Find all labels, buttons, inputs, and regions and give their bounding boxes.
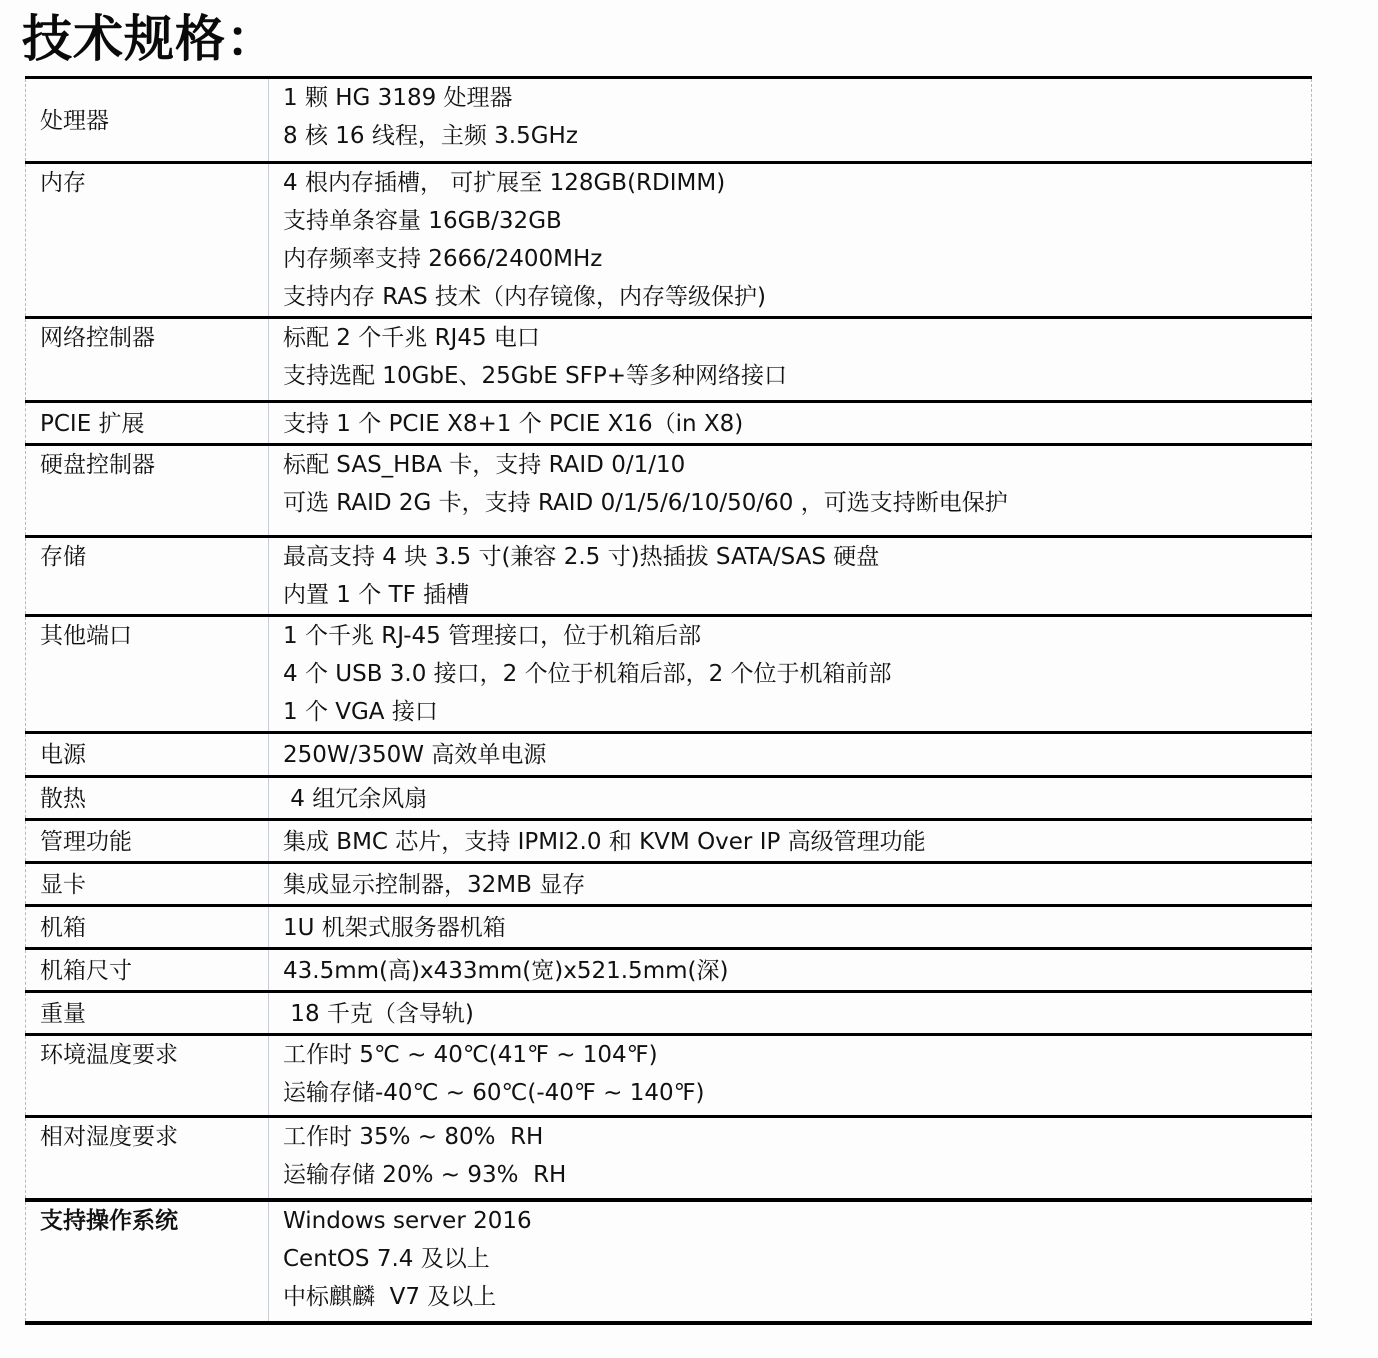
spec-label-text: 存储 xyxy=(40,538,268,576)
spec-label: 硬盘控制器 xyxy=(26,445,269,537)
spec-label-text: 支持操作系统 xyxy=(40,1202,268,1240)
spec-row-management: 管理功能 集成 BMC 芯片，支持 IPMI2.0 和 KVM Over IP … xyxy=(26,820,1312,863)
spec-row-weight: 重量 18 千克（含导轨) xyxy=(26,992,1312,1035)
spec-value-line: 4 组冗余风扇 xyxy=(283,780,1311,818)
spec-value: 43.5mm(高)x433mm(宽)x521.5mm(深) xyxy=(269,949,1312,992)
spec-value-line: 标配 SAS_HBA 卡，支持 RAID 0/1/10 xyxy=(283,446,1311,484)
spec-label-text: 网络控制器 xyxy=(40,319,268,357)
spec-row-chassis: 机箱 1U 机架式服务器机箱 xyxy=(26,906,1312,949)
spec-row-disk-controller: 硬盘控制器 标配 SAS_HBA 卡，支持 RAID 0/1/10 可选 RAI… xyxy=(26,445,1312,537)
spec-value-line: 4 根内存插槽， 可扩展至 128GB(RDIMM) xyxy=(283,164,1311,202)
spec-value: 1 个千兆 RJ-45 管理接口，位于机箱后部 4 个 USB 3.0 接口，2… xyxy=(269,616,1312,733)
spec-value-line: 内存频率支持 2666/2400MHz xyxy=(283,240,1311,278)
spec-label-text: PCIE 扩展 xyxy=(40,405,268,443)
spec-label-text: 显卡 xyxy=(40,866,268,904)
spec-row-humidity: 相对湿度要求 工作时 35% ~ 80% RH 运输存储 20% ~ 93% R… xyxy=(26,1117,1312,1200)
spec-label-text: 散热 xyxy=(40,780,268,818)
spec-row-dimensions: 机箱尺寸 43.5mm(高)x433mm(宽)x521.5mm(深) xyxy=(26,949,1312,992)
spec-value: 最高支持 4 块 3.5 寸(兼容 2.5 寸)热插拔 SATA/SAS 硬盘 … xyxy=(269,537,1312,616)
spec-value-line: 工作时 35% ~ 80% RH xyxy=(283,1118,1311,1156)
spec-label: 电源 xyxy=(26,733,269,777)
spec-value-line: 集成 BMC 芯片，支持 IPMI2.0 和 KVM Over IP 高级管理功… xyxy=(283,823,1311,861)
spec-label: 相对湿度要求 xyxy=(26,1117,269,1200)
spec-value-line: 1U 机架式服务器机箱 xyxy=(283,909,1311,947)
spec-label-text: 内存 xyxy=(40,164,268,202)
spec-value-line: 可选 RAID 2G 卡，支持 RAID 0/1/5/6/10/50/60 ，可… xyxy=(283,484,1311,522)
spec-value-line: 内置 1 个 TF 插槽 xyxy=(283,576,1311,614)
spec-row-power: 电源 250W/350W 高效单电源 xyxy=(26,733,1312,777)
spec-value: 标配 SAS_HBA 卡，支持 RAID 0/1/10 可选 RAID 2G 卡… xyxy=(269,445,1312,537)
spec-label: 存储 xyxy=(26,537,269,616)
spec-value-line: 8 核 16 线程，主频 3.5GHz xyxy=(283,117,1311,155)
spec-value: 工作时 5℃ ~ 40℃(41℉ ~ 104℉) 运输存储-40℃ ~ 60℃(… xyxy=(269,1035,1312,1117)
spec-label-text: 机箱 xyxy=(40,909,268,947)
spec-label: 处理器 xyxy=(26,78,269,163)
spec-value: 4 组冗余风扇 xyxy=(269,777,1312,820)
spec-label-text: 相对湿度要求 xyxy=(40,1118,268,1156)
spec-row-cooling: 散热 4 组冗余风扇 xyxy=(26,777,1312,820)
spec-value-line: 支持内存 RAS 技术（内存镜像，内存等级保护) xyxy=(283,278,1311,316)
spec-label: 管理功能 xyxy=(26,820,269,863)
spec-row-os: 支持操作系统 Windows server 2016 CentOS 7.4 及以… xyxy=(26,1200,1312,1323)
spec-label-text: 机箱尺寸 xyxy=(40,952,268,990)
spec-row-other-ports: 其他端口 1 个千兆 RJ-45 管理接口，位于机箱后部 4 个 USB 3.0… xyxy=(26,616,1312,733)
spec-value: 250W/350W 高效单电源 xyxy=(269,733,1312,777)
spec-value: 4 根内存插槽， 可扩展至 128GB(RDIMM) 支持单条容量 16GB/3… xyxy=(269,163,1312,318)
spec-label: 机箱 xyxy=(26,906,269,949)
spec-value-line: 43.5mm(高)x433mm(宽)x521.5mm(深) xyxy=(283,952,1311,990)
spec-label: 显卡 xyxy=(26,863,269,906)
spec-value-line: CentOS 7.4 及以上 xyxy=(283,1240,1311,1278)
spec-label-text: 管理功能 xyxy=(40,823,268,861)
spec-value-line: 支持 1 个 PCIE X8+1 个 PCIE X16（in X8) xyxy=(283,405,1311,443)
spec-value: 集成 BMC 芯片，支持 IPMI2.0 和 KVM Over IP 高级管理功… xyxy=(269,820,1312,863)
spec-value-line: 集成显示控制器，32MB 显存 xyxy=(283,866,1311,904)
spec-value: Windows server 2016 CentOS 7.4 及以上 中标麒麟 … xyxy=(269,1200,1312,1323)
spec-value-line: 250W/350W 高效单电源 xyxy=(283,736,1311,774)
spec-row-temperature: 环境温度要求 工作时 5℃ ~ 40℃(41℉ ~ 104℉) 运输存储-40℃… xyxy=(26,1035,1312,1117)
spec-label: 环境温度要求 xyxy=(26,1035,269,1117)
spec-value-line: 中标麒麟 V7 及以上 xyxy=(283,1278,1311,1316)
spec-value-line: 支持单条容量 16GB/32GB xyxy=(283,202,1311,240)
spec-value: 1 颗 HG 3189 处理器 8 核 16 线程，主频 3.5GHz xyxy=(269,78,1312,163)
spec-label-text: 电源 xyxy=(40,736,268,774)
spec-value-line: 1 颗 HG 3189 处理器 xyxy=(283,79,1311,117)
spec-value-line: 支持选配 10GbE、25GbE SFP+等多种网络接口 xyxy=(283,357,1311,395)
spec-row-memory: 内存 4 根内存插槽， 可扩展至 128GB(RDIMM) 支持单条容量 16G… xyxy=(26,163,1312,318)
spec-label: 支持操作系统 xyxy=(26,1200,269,1323)
spec-value-line: 标配 2 个千兆 RJ45 电口 xyxy=(283,319,1311,357)
spec-value-line: 1 个 VGA 接口 xyxy=(283,693,1311,731)
spec-label: 网络控制器 xyxy=(26,318,269,402)
spec-label-text: 硬盘控制器 xyxy=(40,446,268,484)
spec-table: 处理器 1 颗 HG 3189 处理器 8 核 16 线程，主频 3.5GHz … xyxy=(25,76,1312,1325)
spec-row-graphics: 显卡 集成显示控制器，32MB 显存 xyxy=(26,863,1312,906)
spec-value-line: 1 个千兆 RJ-45 管理接口，位于机箱后部 xyxy=(283,617,1311,655)
spec-value: 工作时 35% ~ 80% RH 运输存储 20% ~ 93% RH xyxy=(269,1117,1312,1200)
spec-value-line: 运输存储 20% ~ 93% RH xyxy=(283,1156,1311,1194)
spec-value-line: 18 千克（含导轨) xyxy=(283,995,1311,1033)
spec-label: 重量 xyxy=(26,992,269,1035)
spec-label-text: 重量 xyxy=(40,995,268,1033)
page-title: 技术规格： xyxy=(22,6,277,72)
spec-value-line: 运输存储-40℃ ~ 60℃(-40℉ ~ 140℉) xyxy=(283,1074,1311,1112)
spec-row-pcie: PCIE 扩展 支持 1 个 PCIE X8+1 个 PCIE X16（in X… xyxy=(26,402,1312,445)
spec-value-line: Windows server 2016 xyxy=(283,1202,1311,1240)
spec-value-line: 工作时 5℃ ~ 40℃(41℉ ~ 104℉) xyxy=(283,1036,1311,1074)
spec-label: 机箱尺寸 xyxy=(26,949,269,992)
spec-row-network-controller: 网络控制器 标配 2 个千兆 RJ45 电口 支持选配 10GbE、25GbE … xyxy=(26,318,1312,402)
spec-label-text: 处理器 xyxy=(40,102,268,140)
spec-row-processor: 处理器 1 颗 HG 3189 处理器 8 核 16 线程，主频 3.5GHz xyxy=(26,78,1312,163)
spec-label: 散热 xyxy=(26,777,269,820)
spec-value: 1U 机架式服务器机箱 xyxy=(269,906,1312,949)
spec-label: PCIE 扩展 xyxy=(26,402,269,445)
spec-value-line: 最高支持 4 块 3.5 寸(兼容 2.5 寸)热插拔 SATA/SAS 硬盘 xyxy=(283,538,1311,576)
spec-label-text: 环境温度要求 xyxy=(40,1036,268,1074)
spec-label-text: 其他端口 xyxy=(40,617,268,655)
spec-value: 集成显示控制器，32MB 显存 xyxy=(269,863,1312,906)
spec-value-line: 4 个 USB 3.0 接口，2 个位于机箱后部，2 个位于机箱前部 xyxy=(283,655,1311,693)
spec-label: 内存 xyxy=(26,163,269,318)
spec-value: 支持 1 个 PCIE X8+1 个 PCIE X16（in X8) xyxy=(269,402,1312,445)
spec-value: 18 千克（含导轨) xyxy=(269,992,1312,1035)
spec-label: 其他端口 xyxy=(26,616,269,733)
spec-value: 标配 2 个千兆 RJ45 电口 支持选配 10GbE、25GbE SFP+等多… xyxy=(269,318,1312,402)
spec-row-storage: 存储 最高支持 4 块 3.5 寸(兼容 2.5 寸)热插拔 SATA/SAS … xyxy=(26,537,1312,616)
